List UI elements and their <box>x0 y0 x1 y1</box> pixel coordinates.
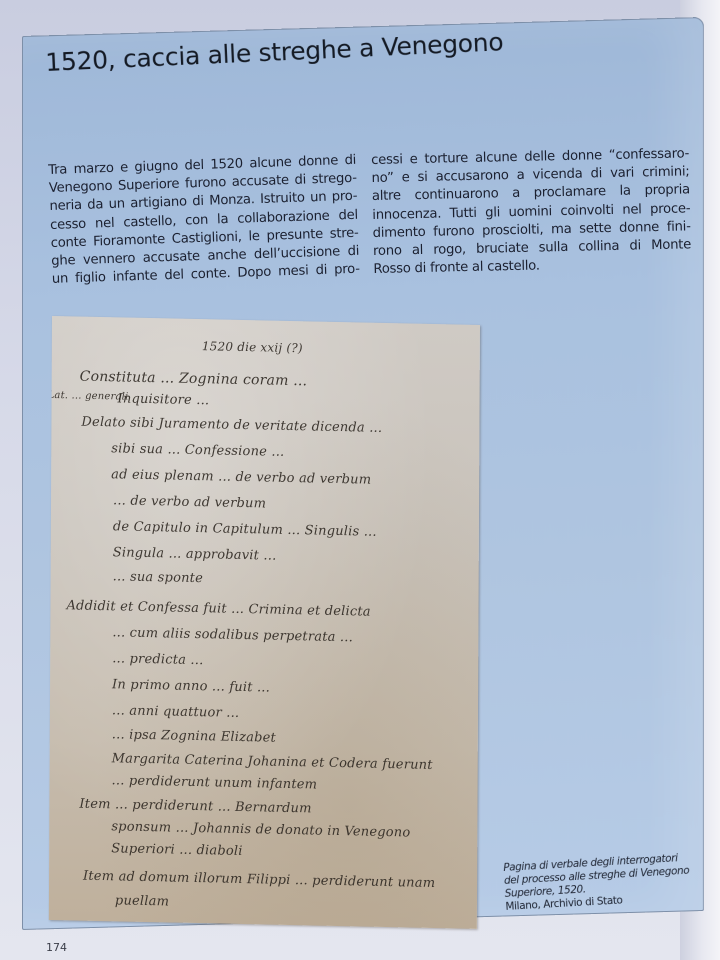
manuscript-line: Inquisitore ... <box>118 391 210 408</box>
manuscript-line: ... predicta ... <box>112 651 203 668</box>
manuscript-line: ... perdiderunt unum infantem <box>112 773 318 792</box>
manuscript-line: ... ipsa Zognina Elizabet <box>112 727 276 745</box>
figure-caption: Pagina di verbale degli interrogatori de… <box>503 851 706 914</box>
manuscript-line: Item ... perdiderunt ... Bernardum <box>79 797 311 817</box>
book-page: 1520, caccia alle streghe a Venegono Tra… <box>0 0 720 960</box>
manuscript-line: Superiori ... diaboli <box>111 841 242 859</box>
page-number: 174 <box>46 941 67 954</box>
manuscript-line: Addidit et Confessa fuit ... Crimina et … <box>66 598 370 619</box>
manuscript-line: 1520 die xxij (?) <box>202 339 303 355</box>
text-column-right: cessi e torture alcune delle donne “conf… <box>371 145 692 279</box>
manuscript-line: ... anni quattuor ... <box>112 703 239 721</box>
manuscript-line: In primo anno ... fuit ... <box>112 677 270 695</box>
manuscript-line: puellam <box>115 893 169 909</box>
manuscript-line: sibi sua ... Confessione ... <box>111 441 284 460</box>
manuscript-image: 1520 die xxij (?) Constituta ... Zognina… <box>49 316 480 929</box>
manuscript-line: de Capitulo in Capitulum ... Singulis ..… <box>113 519 377 540</box>
manuscript-line: ... cum aliis sodalibus perpetrata ... <box>112 625 353 645</box>
manuscript-line: Item ad domum illorum Filippi ... perdid… <box>83 869 435 891</box>
manuscript-line: ad eius plenam ... de verbo ad verbum <box>111 467 371 487</box>
manuscript-line: Singula ... approbavit ... <box>113 545 277 563</box>
manuscript-line: sponsum ... Johannis de donato in Venego… <box>111 819 410 840</box>
manuscript-line: ... sua sponte <box>113 569 203 586</box>
manuscript-line: Margarita Caterina Johanina et Codera fu… <box>112 751 433 773</box>
manuscript-line: Delato sibi Juramento de veritate dicend… <box>81 415 382 436</box>
manuscript-line: ... de verbo ad verbum <box>113 493 266 511</box>
text-column-left: Tra marzo e giugno del 1520 alcune donne… <box>48 152 360 290</box>
manuscript-line: Constituta ... Zognina coram ... <box>80 369 308 390</box>
